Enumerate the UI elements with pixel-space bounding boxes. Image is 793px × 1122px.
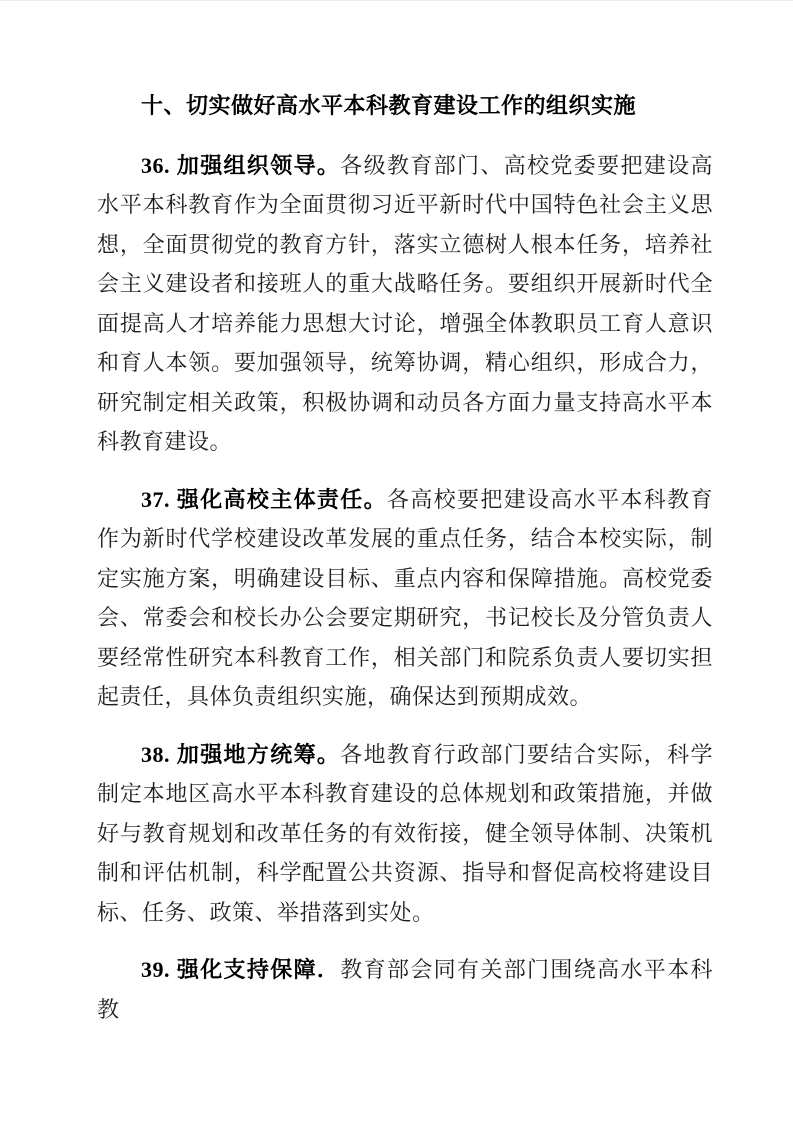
paragraph-lead: 36. 加强组织领导。 bbox=[141, 153, 340, 178]
document-page: 十、切实做好高水平本科教育建设工作的组织实施 36. 加强组织领导。各级教育部门… bbox=[0, 0, 793, 1122]
paragraph: 39. 强化支持保障．教育部会同有关部门围绕高水平本科教 bbox=[97, 950, 713, 1029]
paragraph-lead: 37. 强化高校主体责任。 bbox=[141, 487, 387, 512]
section-heading: 十、切实做好高水平本科教育建设工作的组织实施 bbox=[97, 86, 713, 126]
paragraph-lead: 38. 加强地方统筹。 bbox=[141, 742, 340, 767]
paragraph: 38. 加强地方统筹。各地教育行政部门要结合实际，科学制定本地区高水平本科教育建… bbox=[97, 735, 713, 933]
paragraph-body: 各级教育部门、高校党委要把建设高水平本科教育作为全面贯彻习近平新时代中国特色社会… bbox=[97, 153, 713, 455]
paragraph-body: 各地教育行政部门要结合实际，科学制定本地区高水平本科教育建设的总体规划和政策措施… bbox=[97, 742, 713, 925]
paragraph: 37. 强化高校主体责任。各高校要把建设高水平本科教育作为新时代学校建设改革发展… bbox=[97, 480, 713, 717]
paragraph-lead: 39. 强化支持保障． bbox=[141, 957, 340, 982]
paragraph: 36. 加强组织领导。各级教育部门、高校党委要把建设高水平本科教育作为全面贯彻习… bbox=[97, 146, 713, 462]
paragraph-body: 各高校要把建设高水平本科教育作为新时代学校建设改革发展的重点任务，结合本校实际，… bbox=[97, 487, 713, 710]
